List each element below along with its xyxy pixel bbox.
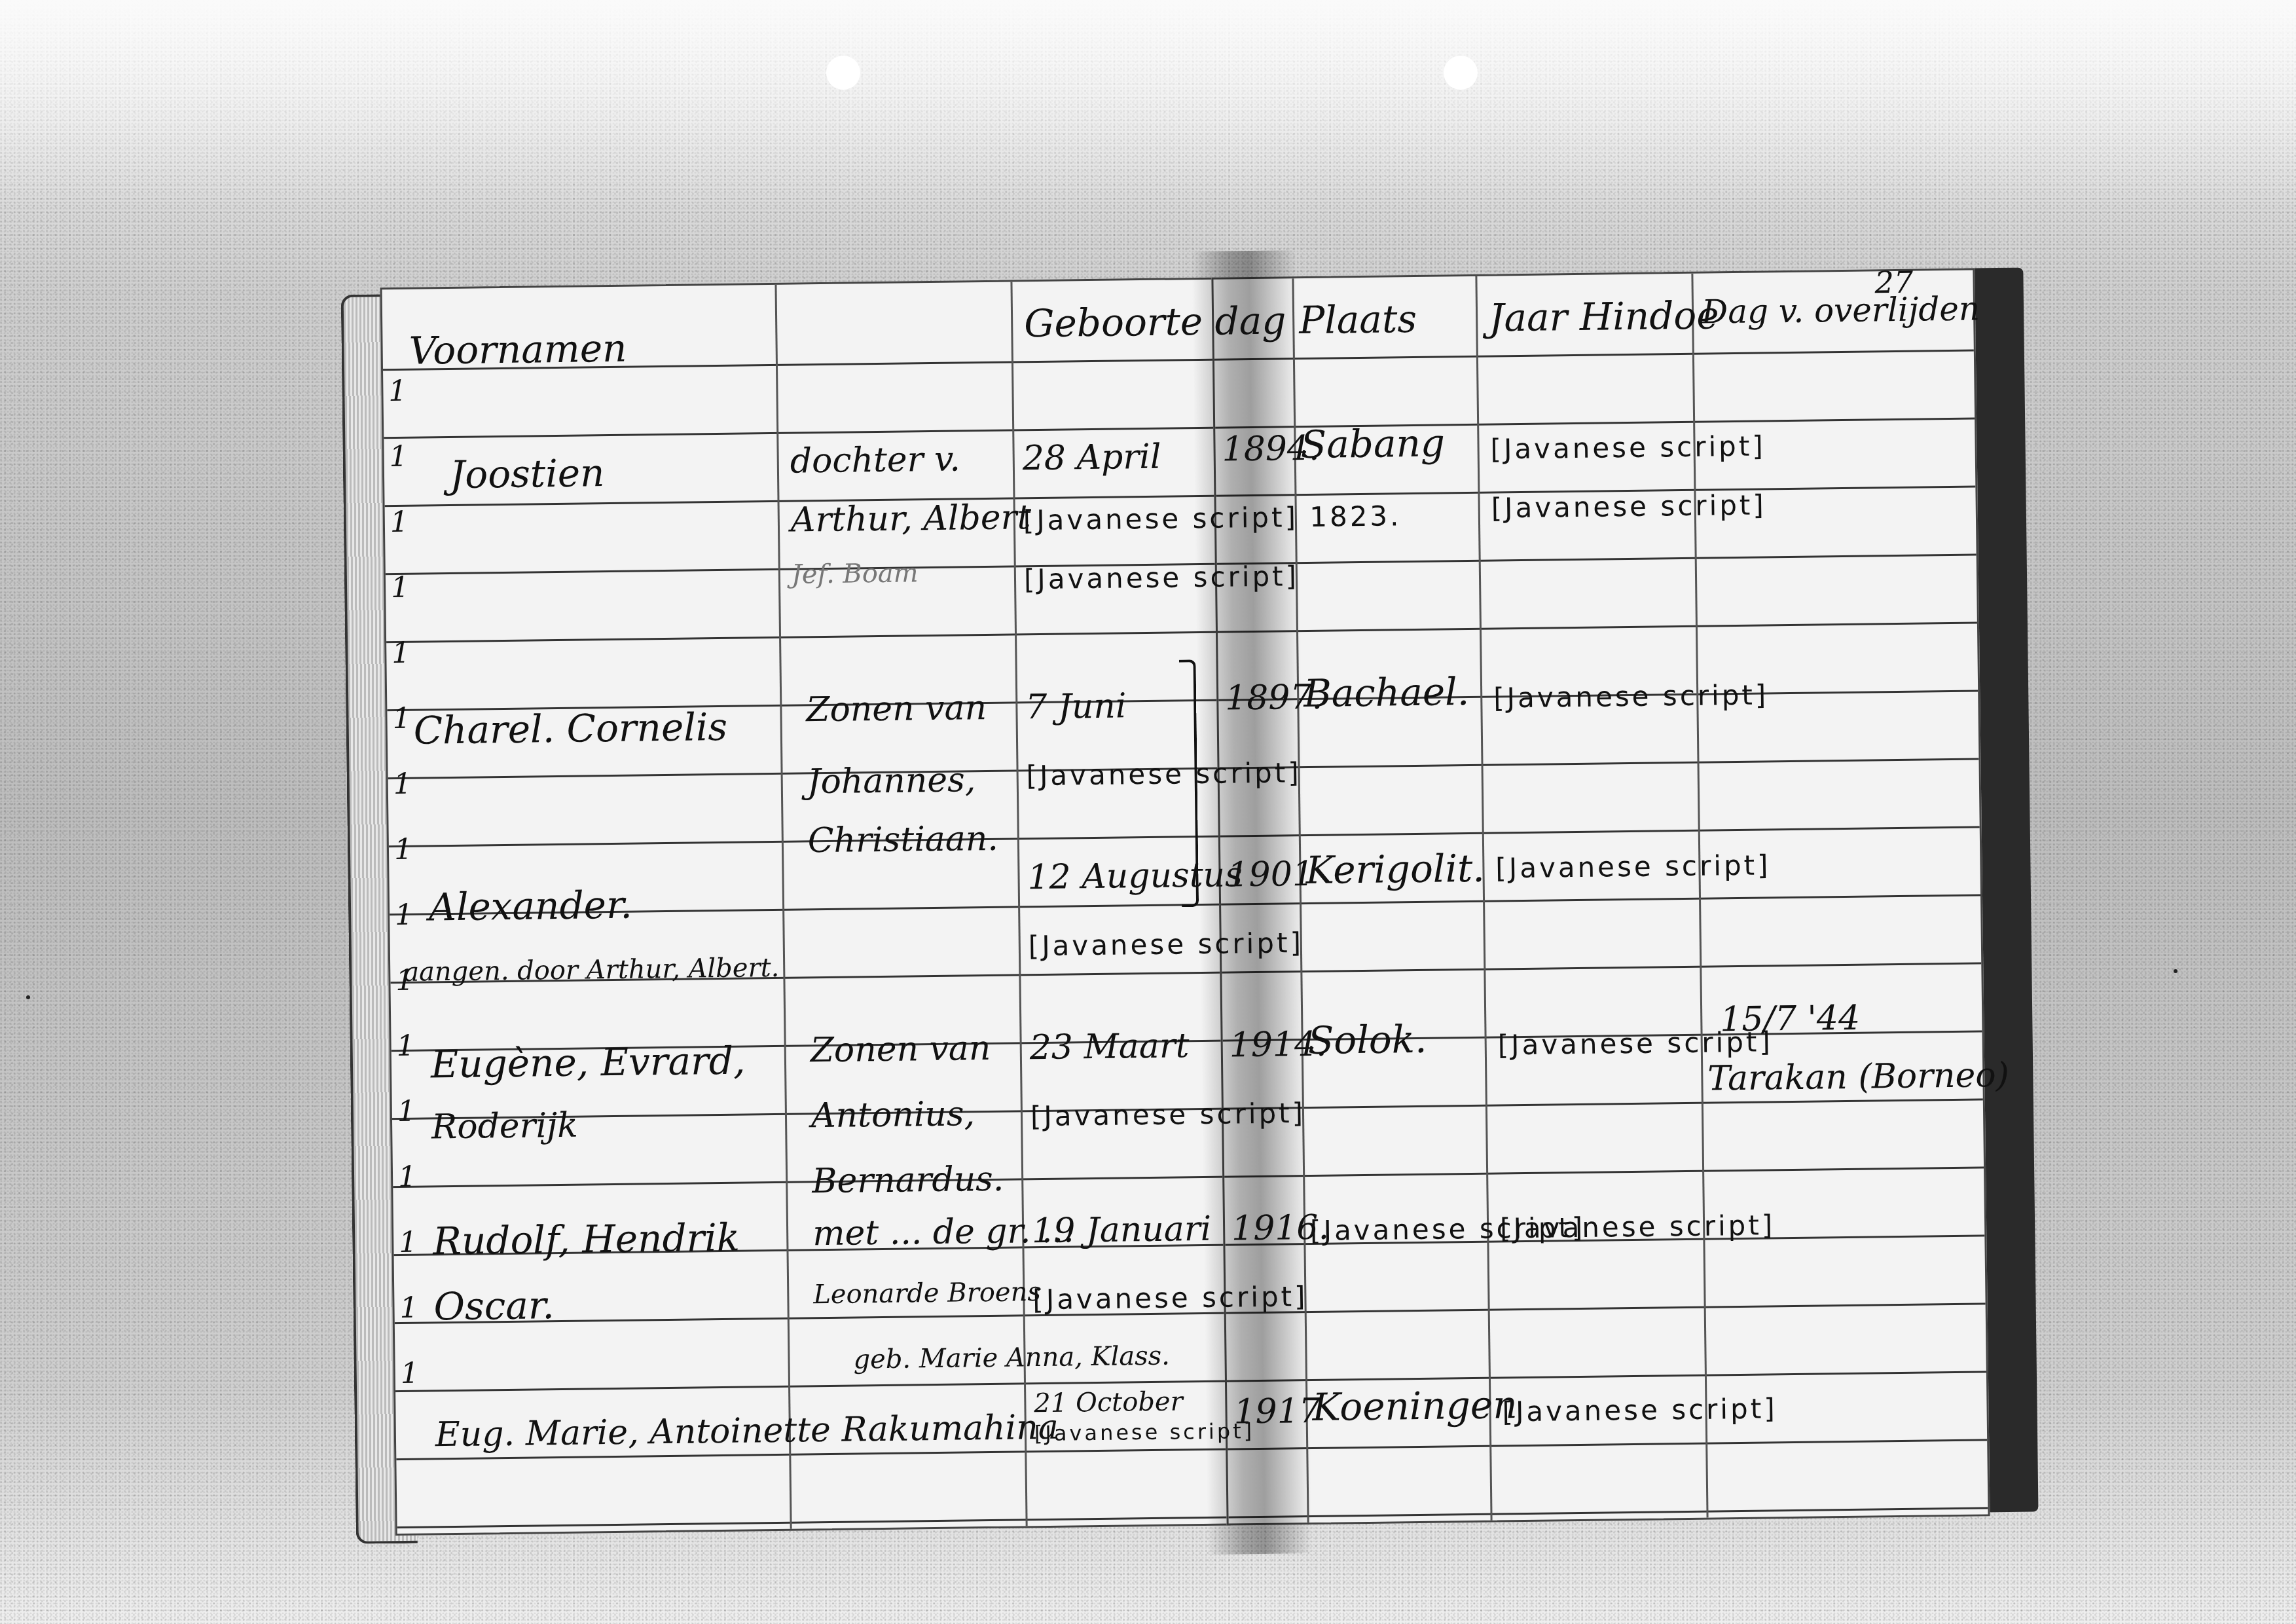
margin-mark: 1 [398,1160,417,1194]
margin-mark: 1 [396,1029,415,1063]
entry-relation: Johannes, [807,760,975,802]
entry-hindoe: [Javanese script] [1490,430,1766,465]
header-geboorte-dag: Geboorte dag [1024,298,1286,346]
entry-relation: Antonius, [811,1094,975,1135]
margin-mark: 1 [400,1357,419,1390]
entry-name: Oscar. [433,1283,555,1329]
entry-death-date: 15/7 '44 [1720,999,1860,1040]
entry-birth-date: 21 October [1034,1386,1183,1418]
entry-relation: Zonen van [810,1029,991,1070]
margin-mark: 1 [391,571,410,604]
entry-birth-date: 19 Januari [1032,1209,1212,1251]
punch-hole-right [1444,56,1478,90]
bracket [1179,659,1199,907]
entry-place: Kerigolit. [1305,846,1485,893]
entry-javanese-line: [Javanese script] [1024,560,1300,595]
margin-mark: 1 [394,833,413,866]
speckle [2174,969,2178,973]
entry-relation: Zonen van [806,688,987,729]
margin-mark: 1 [392,702,411,735]
header-plaats: Plaats [1299,297,1417,342]
entry-javanese-date: [Javanese script] [1032,1280,1308,1316]
margin-mark: 1 [395,898,414,932]
entry-birth-date: 7 Juni [1025,686,1127,727]
entry-javanese-date: [Javanese script] [1026,756,1302,792]
margin-mark: 1 [393,767,412,801]
entry-birth-date: 12 Augustus [1027,855,1243,897]
entry-javanese-date: [Javanese script] [1030,1097,1306,1132]
entry-javanese-date: [Javanese script] 1823. [1023,500,1402,536]
left-page: 1 1 1 1 1 1 1 1 1 1 1 1 1 1 1 1 Voorname… [380,278,1230,1536]
entry-place: Sabang [1300,420,1445,467]
notebook: 1 1 1 1 1 1 1 1 1 1 1 1 1 1 1 1 Voorname… [340,241,2071,1565]
entry-birth-date: 28 April [1022,437,1161,479]
punch-hole-left [826,56,860,90]
entry-relation-note: aangen. door Arthur, Albert. [403,953,780,987]
entry-hindoe: [Javanese script] [1493,678,1769,714]
entry-place: Koeningen [1312,1382,1518,1430]
entry-place: Solok. [1307,1017,1427,1063]
entry-name: Eugène, Evrard, [431,1039,746,1087]
entry-birth-year: 1917 [1233,1392,1321,1432]
entry-place: Bachael. [1303,669,1470,716]
entry-name: Alexander. [429,883,632,930]
margin-mark: 1 [399,1291,418,1325]
speckle [26,995,30,999]
margin-mark: 1 [388,375,407,408]
entry-hindoe: [Javanese script] [1500,1209,1776,1244]
margin-mark: 1 [399,1226,418,1259]
margin-mark: 1 [392,637,410,670]
header-jaar-hindoe: Jaar Hindoe [1489,293,1719,340]
entry-relation: geb. Marie Anna, Klass. [853,1341,1170,1375]
right-page: 27 Plaats Jaar Hindoe Dag v. overlijden … [1211,268,1990,1526]
entry-javanese-date: [Javanese script] [1029,927,1304,962]
entry-javanese-date: [Javanese script] [1034,1418,1255,1446]
entry-name: Charel. Cornelis [413,705,727,753]
entry-relation: Christiaan. [807,819,998,861]
header-dag-overlijden: Dag v. overlijden [1702,289,1980,331]
entry-hindoe: [Javanese script] [1491,489,1766,524]
entry-relation: Leonarde Broens [813,1277,1041,1310]
entry-name: Joostien [450,451,605,497]
margin-mark: 1 [390,506,409,539]
entry-birth-year: 1901 [1227,855,1314,895]
entry-name: Rudolf, Hendrik [433,1215,740,1264]
header-voornamen: Voornamen [409,326,627,373]
entry-name: Roderijk [431,1106,578,1147]
margin-mark: 1 [389,440,408,473]
entry-relation-note: Jef. Boam [792,558,919,589]
margin-mark: 1 [397,1095,416,1128]
entry-relation: Bernardus. [812,1160,1004,1202]
entry-death-place: Tarakan (Borneo) [1707,1056,2009,1099]
entry-relation: Arthur, Albert [791,498,1031,540]
entry-hindoe: [Javanese script] [1495,849,1771,884]
entry-relation: dochter v. [790,439,960,481]
entry-hindoe: [Javanese script] [1502,1392,1777,1428]
entry-name: Eug. Marie, Antoinette Rakumahina [435,1408,1059,1455]
entry-birth-date: 23 Maart [1029,1026,1189,1067]
